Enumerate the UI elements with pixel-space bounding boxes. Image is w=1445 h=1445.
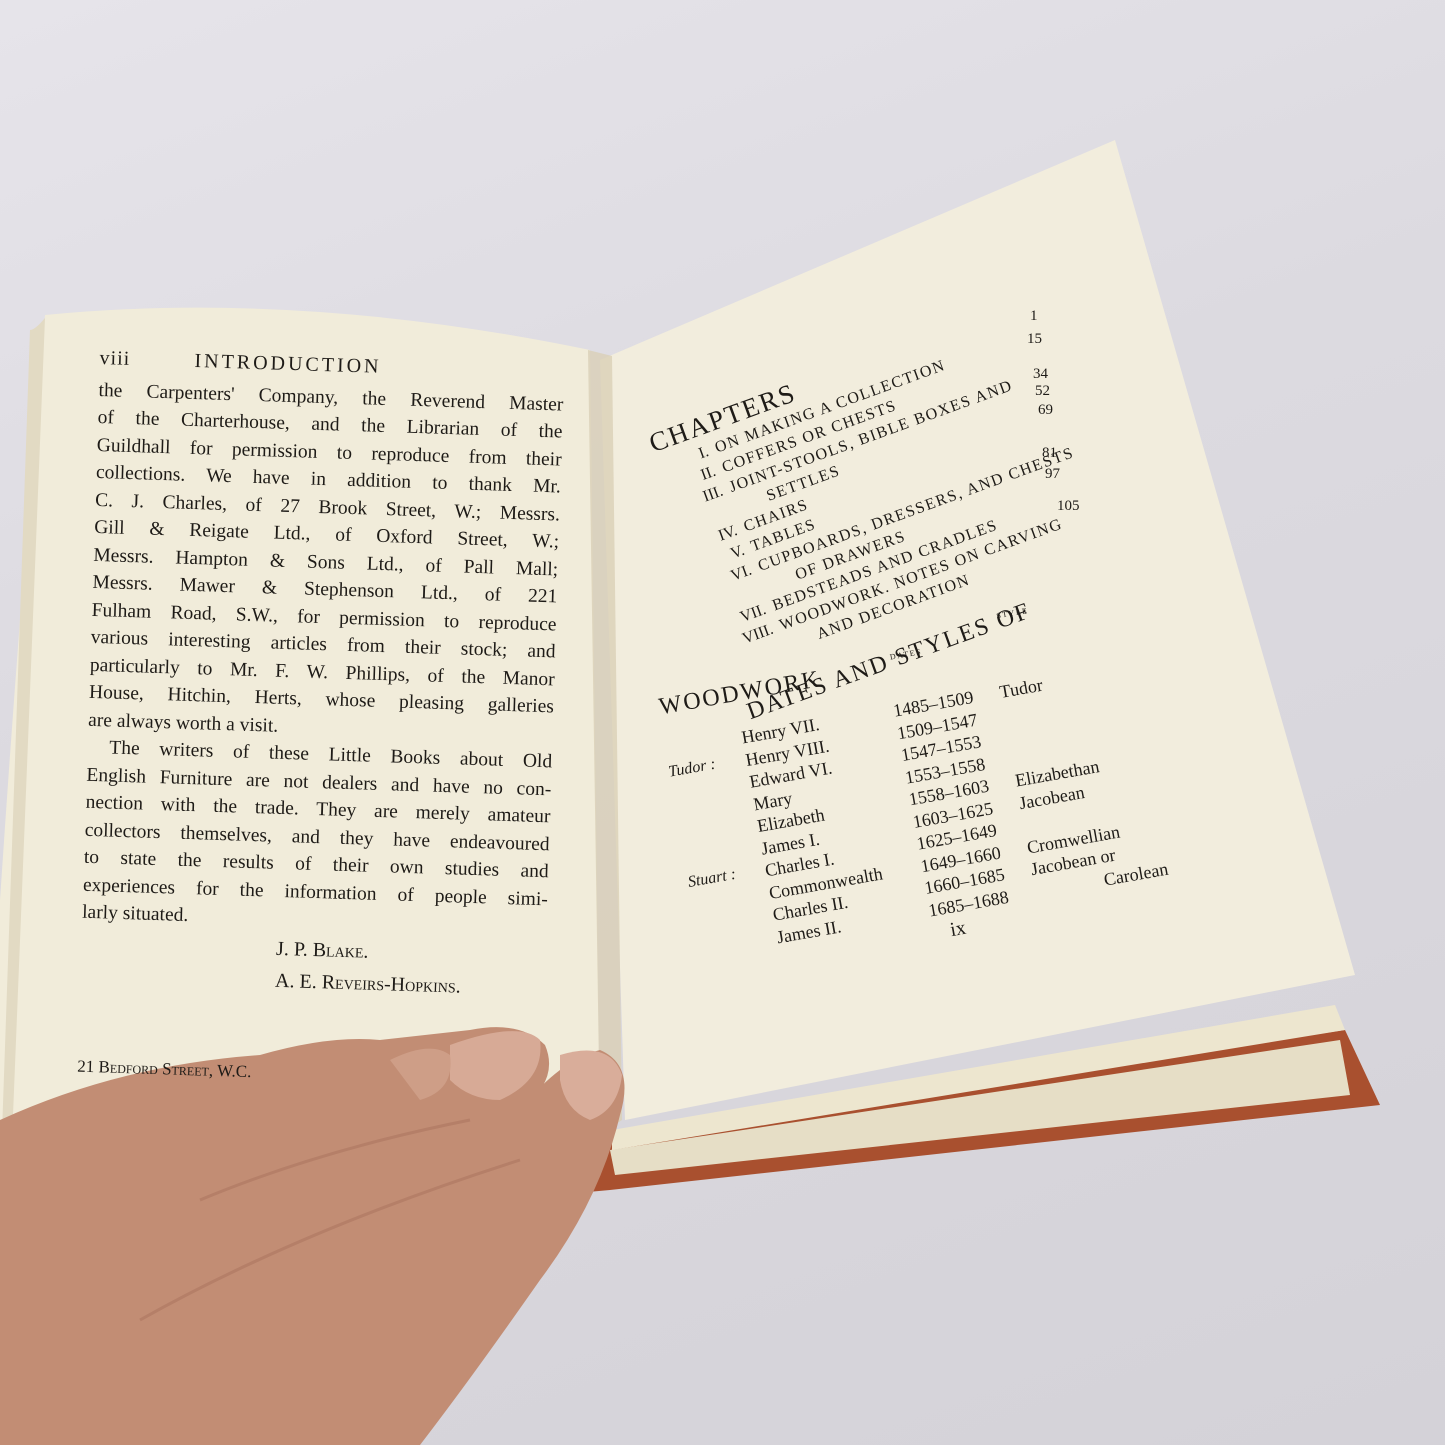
page-number-right: ix xyxy=(948,917,967,942)
running-head: INTRODUCTION xyxy=(194,348,382,381)
page-number-left: viii xyxy=(99,345,195,375)
left-page-text: viii INTRODUCTION the Carpenters' Compan… xyxy=(77,345,565,1094)
